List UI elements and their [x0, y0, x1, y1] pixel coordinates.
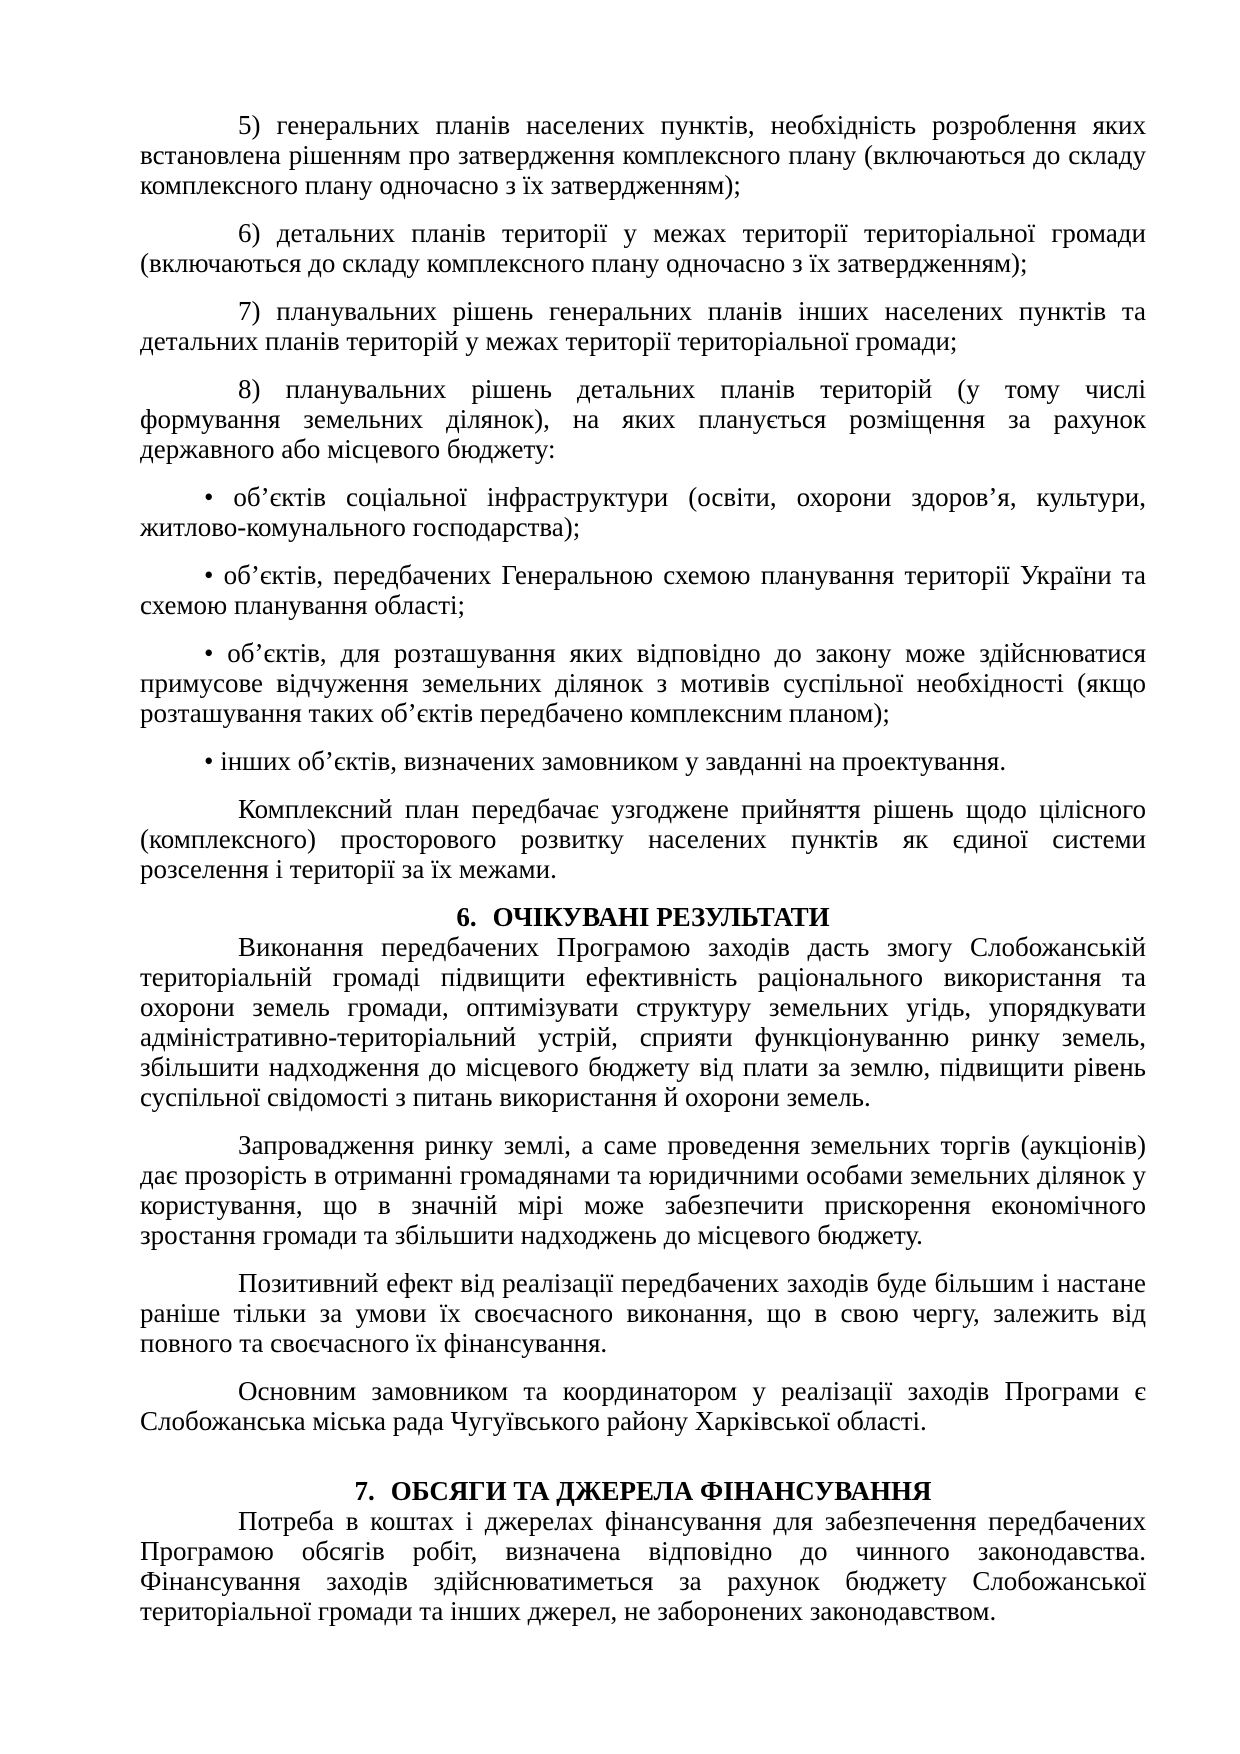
section-6-number: 6.: [456, 902, 476, 932]
section-6-paragraph-3: Позитивний ефект від реалізації передбач…: [140, 1268, 1146, 1358]
closing-paragraph-complex-plan: Комплексний план передбачає узгоджене пр…: [140, 794, 1146, 884]
section-6-title: ОЧІКУВАНІ РЕЗУЛЬТАТИ: [493, 902, 830, 932]
numbered-item-6: 6) детальних планів території у межах те…: [140, 218, 1146, 278]
numbered-item-7: 7) планувальних рішень генеральних плані…: [140, 296, 1146, 356]
bullet-item-general-scheme: • об’єктів, передбачених Генеральною схе…: [140, 560, 1146, 620]
section-7-title: ОБСЯГИ ТА ДЖЕРЕЛА ФІНАНСУВАННЯ: [391, 1476, 932, 1506]
bullet-item-expropriation: • об’єктів, для розташування яких відпов…: [140, 638, 1146, 728]
section-heading-7: 7.ОБСЯГИ ТА ДЖЕРЕЛА ФІНАНСУВАННЯ: [140, 1476, 1146, 1506]
section-6-paragraph-2: Запровадження ринку землі, а саме провед…: [140, 1130, 1146, 1250]
section-7-number: 7.: [354, 1476, 374, 1506]
section-7-paragraph-1: Потреба в коштах і джерелах фінансування…: [140, 1506, 1146, 1626]
bullet-item-social-infrastructure: • об’єктів соціальної інфраструктури (ос…: [140, 482, 1146, 542]
section-6-paragraph-1: Виконання передбачених Програмою заходів…: [140, 932, 1146, 1112]
numbered-item-5: 5) генеральних планів населених пунктів,…: [140, 110, 1146, 200]
numbered-item-8: 8) планувальних рішень детальних планів …: [140, 374, 1146, 464]
section-6-paragraph-4: Основним замовником та координатором у р…: [140, 1376, 1146, 1436]
bullet-item-other-objects: • інших об’єктів, визначених замовником …: [140, 746, 1146, 776]
document-page: 5) генеральних планів населених пунктів,…: [0, 0, 1240, 1754]
section-heading-6: 6.ОЧІКУВАНІ РЕЗУЛЬТАТИ: [140, 902, 1146, 932]
